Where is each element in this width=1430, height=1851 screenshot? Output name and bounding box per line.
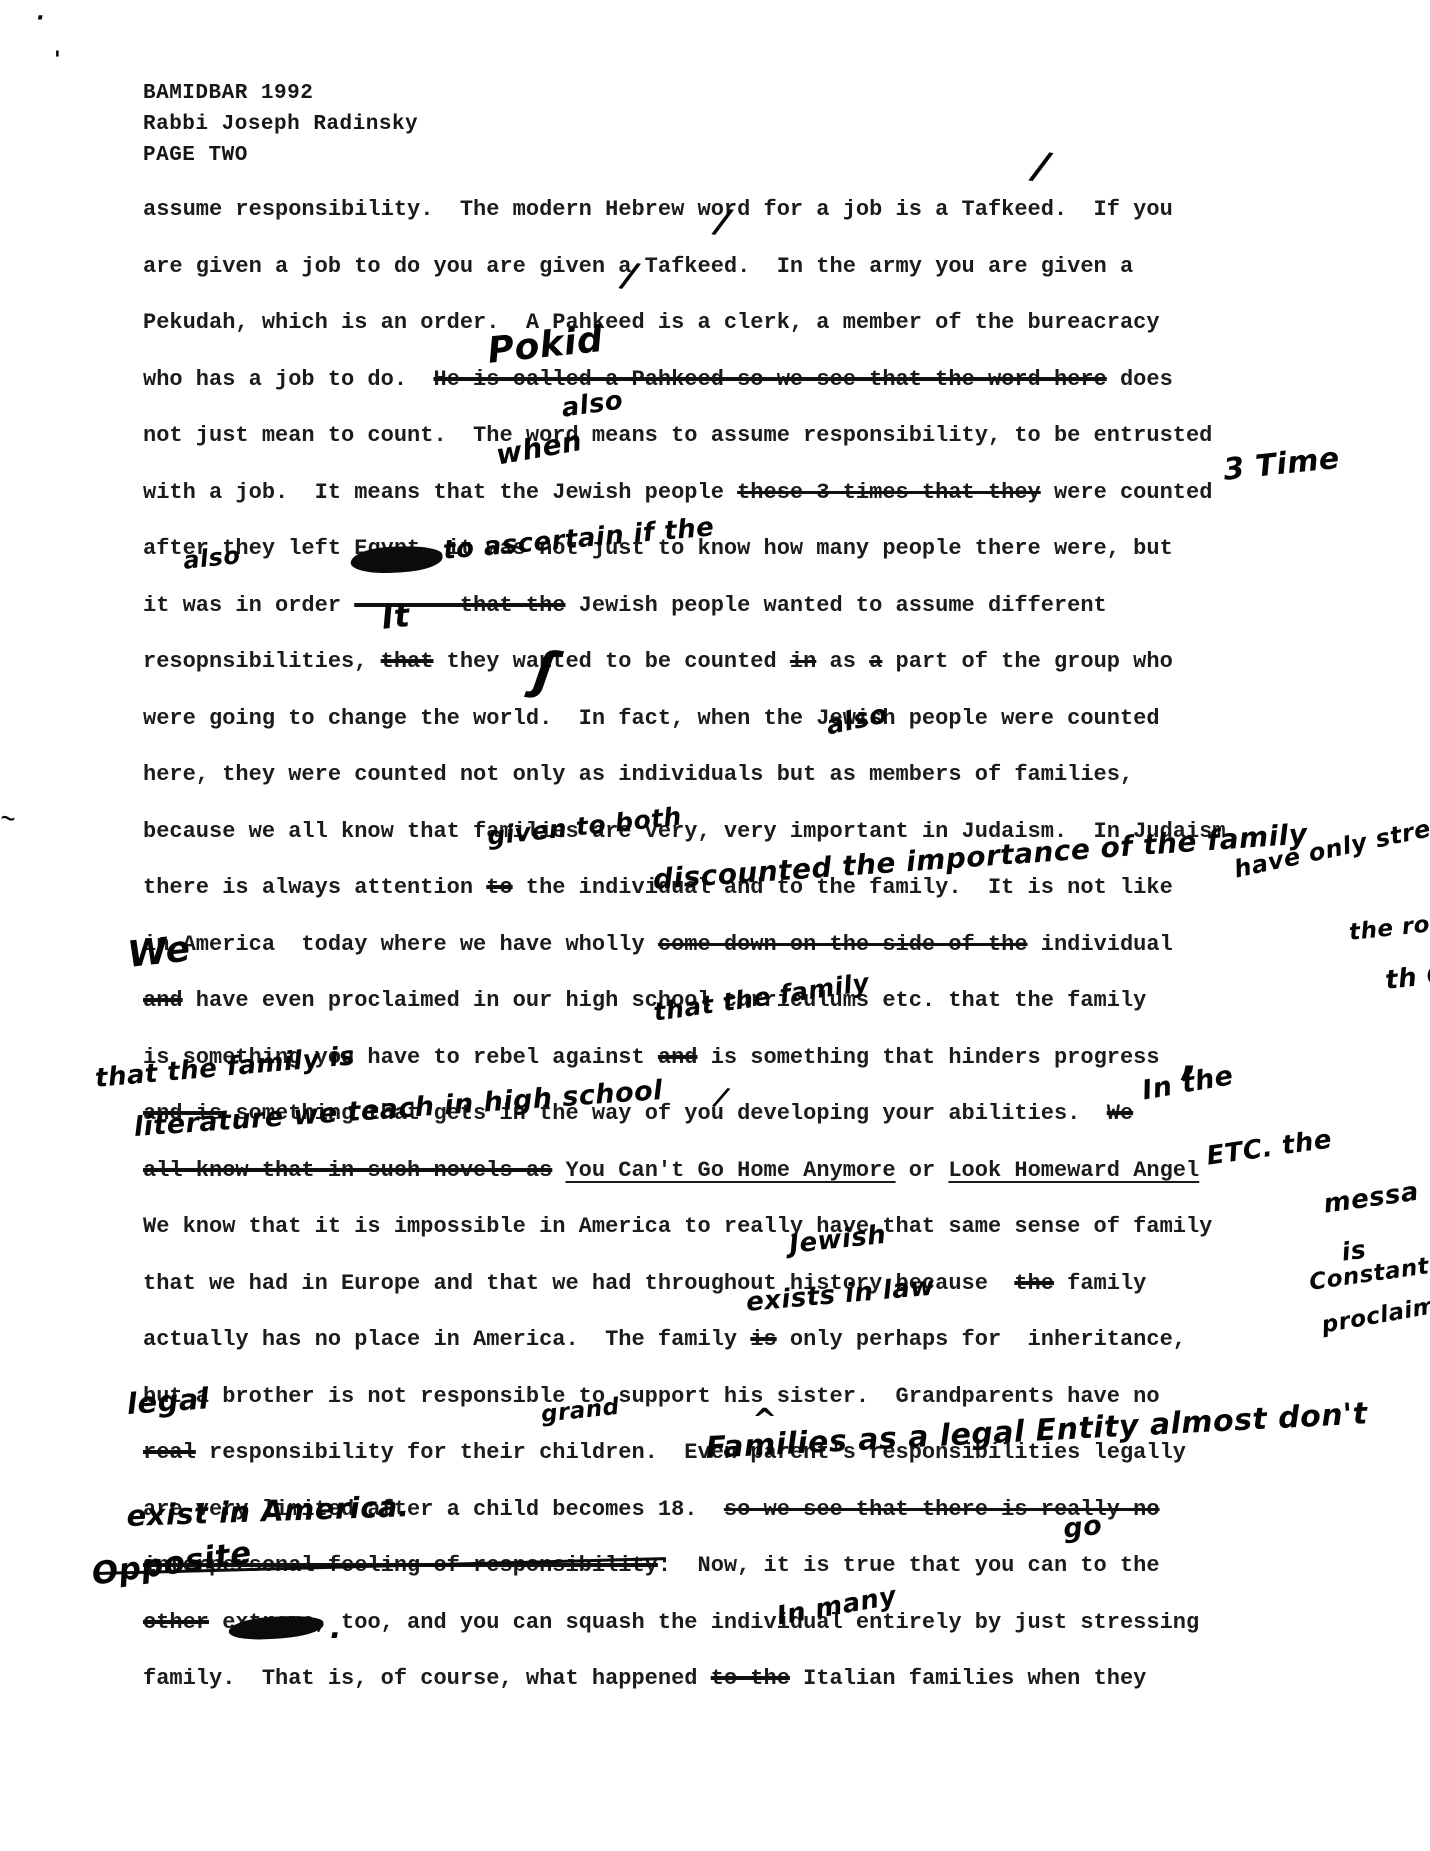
underlined-book-title: You Can't Go Home Anymore <box>565 1158 895 1183</box>
handwritten-note: have only stresse <box>1232 807 1430 882</box>
typed-text: that we had in Europe and that we had th… <box>143 1271 1014 1296</box>
typed-text: there is always attention <box>143 875 486 900</box>
typed-line: after they left Egypt, it was not just t… <box>143 521 1226 578</box>
typed-line: and is something that gets in the way of… <box>143 1086 1226 1143</box>
typed-line: are very limited after a child becomes 1… <box>143 1482 1226 1539</box>
typed-line: Pekudah, which is an order. A Pahkeed is… <box>143 295 1226 352</box>
typed-line: other extreme, too, and you can squash t… <box>143 1595 1226 1652</box>
header-author: Rabbi Joseph Radinsky <box>143 109 418 140</box>
typed-text: something that gets in the way of you de… <box>222 1101 1107 1126</box>
typed-text: here, they were counted not only as indi… <box>143 762 1133 787</box>
typed-text: only perhaps for inheritance, <box>777 1327 1186 1352</box>
typed-line: all know that in such novels as You Can'… <box>143 1143 1226 1200</box>
handwritten-note: / <box>1031 146 1052 186</box>
typed-text: family <box>1054 1271 1146 1296</box>
struck-text: in <box>790 649 816 674</box>
typewritten-sermon-page: BAMIDBAR 1992 Rabbi Joseph Radinsky PAGE… <box>0 0 1430 1851</box>
typed-line: interpersonal feeling of responsibility:… <box>143 1538 1226 1595</box>
struck-text: a <box>869 649 882 674</box>
typed-line: family. That is, of course, what happene… <box>143 1651 1226 1708</box>
typed-line: actually has no place in America. The fa… <box>143 1312 1226 1369</box>
typed-text: have even proclaimed in our high school … <box>183 988 1147 1013</box>
struck-text: these 3 times that they <box>737 480 1041 505</box>
struck-text: We <box>1107 1101 1133 1126</box>
typed-line: and have even proclaimed in our high sch… <box>143 973 1226 1030</box>
typed-line: were going to change the world. In fact,… <box>143 691 1226 748</box>
header-page-label: PAGE TWO <box>143 140 418 171</box>
struck-text: and <box>143 988 183 1013</box>
typed-text: Italian families when they <box>790 1666 1146 1691</box>
typed-text: part of the group who <box>882 649 1172 674</box>
handwritten-note: · <box>36 8 45 30</box>
struck-text: that the <box>354 593 565 618</box>
struck-text: so we see that there is really no <box>724 1497 1160 1522</box>
handwritten-note: Constantly <box>1308 1252 1430 1295</box>
typed-text: individual <box>1028 932 1173 957</box>
typed-text: or <box>896 1158 949 1183</box>
struck-text: is <box>750 1327 776 1352</box>
handwritten-note: ~ <box>0 806 19 829</box>
typed-text: We know that it is impossible in America… <box>143 1214 1212 1239</box>
typed-text: as <box>816 649 869 674</box>
typed-line: that we had in Europe and that we had th… <box>143 1256 1226 1313</box>
struck-text: and is <box>143 1101 222 1126</box>
typed-text: the individual and to the family. It is … <box>513 875 1173 900</box>
typed-line: because we all know that families are ve… <box>143 804 1226 861</box>
struck-text: the <box>1014 1271 1054 1296</box>
typed-text: : Now, it is true that you can to the <box>658 1553 1160 1578</box>
struck-text: He is called a Pahkeed so we see that th… <box>433 367 1106 392</box>
typed-text: is something you have to rebel against <box>143 1045 658 1070</box>
typed-text: resopnsibilities, <box>143 649 381 674</box>
typed-text: because we all know that families are ve… <box>143 819 1226 844</box>
typed-text: who has a job to do. <box>143 367 433 392</box>
typed-text: is something that hinders progress <box>698 1045 1160 1070</box>
struck-text: real <box>143 1440 196 1465</box>
handwritten-note: the role c <box>1348 909 1430 945</box>
typed-text: are very limited after a child becomes 1… <box>143 1497 724 1522</box>
typed-text: are given a job to do you are given a Ta… <box>143 254 1133 279</box>
typed-line: there is always attention to the individ… <box>143 860 1226 917</box>
typed-text: extreme, too, and you can squash the ind… <box>209 1610 1199 1635</box>
typed-text: were going to change the world. In fact,… <box>143 706 1160 731</box>
typed-text: with a job. It means that the Jewish peo… <box>143 480 737 505</box>
typed-text <box>552 1158 565 1183</box>
typed-text: family. That is, of course, what happene… <box>143 1666 711 1691</box>
typed-text: after they left Egypt, it was not just t… <box>143 536 1173 561</box>
typed-line: in America today where we have wholly co… <box>143 917 1226 974</box>
struck-text: to <box>486 875 512 900</box>
struck-text: interpersonal feeling of responsibility <box>143 1553 658 1578</box>
typed-text: were counted <box>1041 480 1213 505</box>
typed-line: who has a job to do. He is called a Pahk… <box>143 352 1226 409</box>
struck-text: that <box>381 649 434 674</box>
header-title: BAMIDBAR 1992 <box>143 78 418 109</box>
typed-line: assume responsibility. The modern Hebrew… <box>143 182 1226 239</box>
typed-line: are given a job to do you are given a Ta… <box>143 239 1226 296</box>
struck-text: come down on the side of the <box>658 932 1028 957</box>
typed-text: it was in order <box>143 593 354 618</box>
typed-line: it was in order that the Jewish people w… <box>143 578 1226 635</box>
typed-text: actually has no place in America. The fa… <box>143 1327 750 1352</box>
document-body: assume responsibility. The modern Hebrew… <box>143 182 1226 1708</box>
struck-text: all know that in such novels as <box>143 1158 552 1183</box>
typed-line: is something you have to rebel against a… <box>143 1030 1226 1087</box>
typed-text: does <box>1107 367 1173 392</box>
typed-text: responsibility for their children. Even … <box>196 1440 1186 1465</box>
document-header: BAMIDBAR 1992 Rabbi Joseph Radinsky PAGE… <box>143 78 418 171</box>
handwritten-note: messa <box>1322 1179 1420 1218</box>
handwritten-note: proclaimed. <box>1320 1287 1430 1337</box>
typed-line: real responsibility for their children. … <box>143 1425 1226 1482</box>
typed-text: Pekudah, which is an order. A Pahkeed is… <box>143 310 1160 335</box>
handwritten-note: is <box>1340 1237 1368 1265</box>
handwritten-note: 3 Time <box>1222 444 1341 486</box>
typed-line: resopnsibilities, that they wanted to be… <box>143 634 1226 691</box>
handwritten-note: ' <box>54 50 61 72</box>
typed-text: in America today where we have wholly <box>143 932 658 957</box>
struck-text: and <box>658 1045 698 1070</box>
typed-line: but a brother is not responsible to supp… <box>143 1369 1226 1426</box>
typed-line: We know that it is impossible in America… <box>143 1199 1226 1256</box>
typed-text: Jewish people wanted to assume different <box>565 593 1106 618</box>
underlined-book-title: Look Homeward Angel <box>948 1158 1199 1183</box>
typed-text: assume responsibility. The modern Hebrew… <box>143 197 1173 222</box>
typed-line: not just mean to count. The word means t… <box>143 408 1226 465</box>
typed-line: with a job. It means that the Jewish peo… <box>143 465 1226 522</box>
typed-text: they wanted to be counted <box>433 649 789 674</box>
struck-text: other <box>143 1610 209 1635</box>
handwritten-note: th C <box>1384 962 1430 994</box>
typed-text: not just mean to count. The word means t… <box>143 423 1212 448</box>
typed-text: but a brother is not responsible to supp… <box>143 1384 1160 1409</box>
typed-line: here, they were counted not only as indi… <box>143 747 1226 804</box>
struck-text: to the <box>711 1666 790 1691</box>
